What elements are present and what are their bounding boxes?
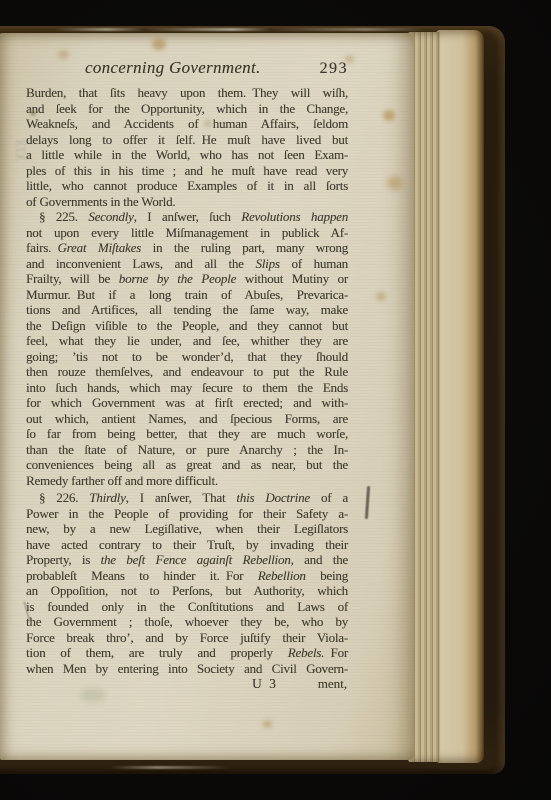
text-line: § 226. Thirdly, I anſwer, That this Doct… xyxy=(26,490,348,506)
text-line: have acted contrary to their Truſt, by i… xyxy=(26,537,348,553)
text-line: the Government ; thoſe, whoever they be,… xyxy=(26,614,348,630)
text-line: Frailty, will be borne by the People wit… xyxy=(26,271,348,287)
text-line: an Oppoſition, not to Perſons, but Autho… xyxy=(26,583,348,599)
text-line: than the ſtate of Nature, or pure Anarch… xyxy=(26,442,348,458)
text-line: delays long to offer it ſelf. He muſt ha… xyxy=(26,132,348,148)
text-line: fairs. Great Miſtakes in the ruling part… xyxy=(26,240,348,256)
text-line: ples of this in his time ; and he muſt h… xyxy=(26,163,348,179)
signature-mark: U 3 xyxy=(252,676,278,692)
book-photograph: XIX concerning Government. 293 Burden, t… xyxy=(0,0,551,800)
paragraph: § 226. Thirdly, I anſwer, That this Doct… xyxy=(26,490,348,676)
text-line: is founded only in the Conſtitutions and… xyxy=(26,599,348,615)
cover-bottom-edge-highlight xyxy=(110,766,230,769)
text-line: not upon every little Miſmanagement in p… xyxy=(26,225,348,241)
text-line: Force break thro’, and by Force juſtify … xyxy=(26,630,348,646)
fore-edge-page-block xyxy=(436,30,484,763)
text-line: then rouze themſelves, and endeavour to … xyxy=(26,364,348,380)
text-line: going; ’tis not to be wonder’d, that the… xyxy=(26,349,348,365)
text-line: feel, what they lie under, and ſee, whit… xyxy=(26,333,348,349)
text-line: a little while in the World, who has not… xyxy=(26,147,348,163)
text-line: conveniences being all as great and as n… xyxy=(26,457,348,473)
paragraph: § 225. Secondly, I anſwer, ſuch Revoluti… xyxy=(26,209,348,488)
text-line: into ſuch hands, which may ſecure to the… xyxy=(26,380,348,396)
text-line: Remedy farther off and more difficult. xyxy=(26,473,348,489)
text-line: tions and Artifices, all tending the ſam… xyxy=(26,302,348,318)
text-line: Murmur. But if a long train of Abuſes, P… xyxy=(26,287,348,303)
text-line: Power in the People of providing for the… xyxy=(26,506,348,522)
text-line: of Governments in the World. xyxy=(26,194,348,210)
text-line: tion of them, are truly and properly Reb… xyxy=(26,645,348,661)
catchword: ment, xyxy=(318,676,347,692)
cover-top-edge-highlight xyxy=(55,28,425,31)
text-line: when Men by entering into Society and Ci… xyxy=(26,661,348,677)
text-line: Weakneſs, and Accidents of human Affairs… xyxy=(26,116,348,132)
text-line: § 225. Secondly, I anſwer, ſuch Revoluti… xyxy=(26,209,348,225)
text-line: little, who cannot produce Examples of i… xyxy=(26,178,348,194)
text-line: and ſeek for the Opportunity, which in t… xyxy=(26,101,348,117)
text-line: the Deſign viſible to the People, and th… xyxy=(26,318,348,334)
running-header: concerning Government. 293 xyxy=(26,58,348,78)
text-line: probableſt Means to hinder it. For Rebel… xyxy=(26,568,348,584)
text-line: for which Government was at firſt erecte… xyxy=(26,395,348,411)
text-line: Property, is the beſt Fence againſt Rebe… xyxy=(26,552,348,568)
text-line: Burden, that ſits heavy upon them. They … xyxy=(26,85,348,101)
header-page-number: 293 xyxy=(320,60,349,78)
text-line: new, by a new Legiſlative, when their Le… xyxy=(26,521,348,537)
text-line: out which, antient Names, and ſpecious F… xyxy=(26,411,348,427)
book-page: XIX concerning Government. 293 Burden, t… xyxy=(0,33,414,760)
header-title: concerning Government. xyxy=(26,58,320,78)
text-line: and inconvenient Laws, and all the Slips… xyxy=(26,256,348,272)
body-text: Burden, that ſits heavy upon them. They … xyxy=(26,85,348,676)
page-footer: U 3 ment, xyxy=(26,676,348,694)
text-line: ſo far from being better, that they are … xyxy=(26,426,348,442)
paragraph: Burden, that ſits heavy upon them. They … xyxy=(26,85,348,209)
